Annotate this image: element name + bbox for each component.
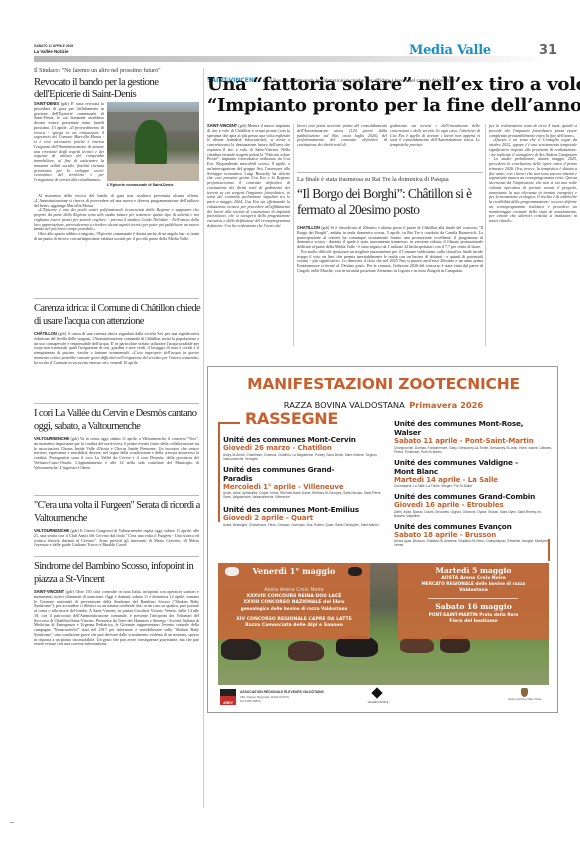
- event-evancon: Unité des communes Evançon Sabato 18 apr…: [394, 522, 552, 548]
- banner-right: Martedì 5 maggio AOSTA Arena Croix Noire…: [398, 563, 549, 639]
- masthead-date: SABATO 11 APRILE 2026: [34, 44, 73, 48]
- photo-caption: L'Epicerie communale di Saint-Denis: [107, 183, 174, 187]
- event-communes: Antey-St-André, Chambave, Chamois, Châti…: [223, 453, 388, 461]
- event-date: Giovedì 16 aprile - Etroubles: [394, 501, 552, 510]
- event-date: Sabato 18 aprile - Brusson: [394, 531, 552, 540]
- body-text: Oltre 150 città coinvolte in tutta Itali…: [34, 589, 199, 646]
- headline-sindrome: Sindrome del Bambino Scosso, infopoint i…: [34, 560, 202, 586]
- divider: [34, 403, 199, 404]
- column-divider: [485, 124, 486, 346]
- headline-carenza: Carenza idrica: il Comune di Châtillon c…: [34, 302, 202, 328]
- cow-shape: [400, 637, 434, 653]
- event-communes: Allein, Avise, Bionaz, Doues, Etroubles,…: [394, 510, 552, 518]
- event-communes: Champorcher, Donnas, Fontainemore, Gaby,…: [394, 446, 552, 454]
- event-communes: Arvier, Avise, Aymavilles, Cogne, Introd…: [223, 491, 388, 499]
- banner-sabato-date: Sabato 16 maggio: [398, 602, 549, 611]
- event-mont-emilius: Unité des communes Mont-Emilius Giovedì …: [223, 505, 388, 527]
- event-mont-cervin: Unité des communes Mont-Cervin Giovedì 2…: [223, 435, 388, 461]
- quote-text: «Il provvedimento di revoca - spiega in …: [34, 125, 104, 182]
- body-text: Mentre il nuovo impianto di tiro a volo …: [207, 124, 290, 180]
- event-date: Martedì 14 aprile - La Salle: [394, 476, 552, 485]
- banner-martedi-date: Martedì 5 maggio: [398, 566, 549, 575]
- banner-venerdi-place: Aosta Arena Croix Noire: [218, 587, 370, 593]
- cow-shape: [288, 641, 324, 661]
- body-furgeen: VALTOURNENCHE (gdr) Il Centro Congressi …: [34, 529, 199, 548]
- banner-venerdi-date: Venerdì 1° maggio: [218, 566, 370, 576]
- quote-text: per la realizzazione sono di circa 4 mes…: [489, 124, 577, 138]
- borgo-kicker: La finale è stata trasmessa su Rai Tre l…: [297, 176, 483, 183]
- event-grand-combin: Unité des communes Grand-Combin Giovedì …: [394, 492, 552, 518]
- org-name: ASSOCIATION RÉGIONALE ÉLEVEURS VALDÔTAIN…: [240, 690, 324, 694]
- right-bracket: [548, 539, 550, 561]
- banner-martedi-line2: Valdostana: [398, 588, 549, 594]
- masthead-paper: La Vallée Notizie: [34, 49, 68, 54]
- column-divider: [293, 124, 294, 346]
- page-number: 31: [539, 43, 557, 58]
- headline-cori: I cori La Vallée du Cervin e Desmòs cant…: [34, 407, 202, 433]
- main-headline-1: Una “fattoria solare” nell’ex tiro a vol…: [207, 75, 580, 95]
- rassegne-label: RASSEGNE: [245, 409, 338, 428]
- event-date: Sabato 11 aprile - Pont-Saint-Martin: [394, 437, 552, 446]
- section-title: Media Valle: [409, 43, 491, 58]
- ad-title: MANIFESTAZIONI ZOOTECNICHE: [208, 375, 559, 393]
- borgo-headline: “Il Borgo dei Borghi”: Châtillon si è fe…: [297, 186, 487, 218]
- epicerie-photo: [107, 102, 199, 181]
- headline-epicerie: Revocato il bando per la gestione dell'E…: [34, 76, 199, 100]
- event-mont-rose: Unité des communes Mont-Rose, Walser Sab…: [394, 419, 552, 454]
- org-phone: Tel 0165.34815: [240, 699, 261, 703]
- body-text: Al momento della revoca del bando di gar…: [34, 194, 199, 208]
- body-epicerie-lead: SAINT-DENIS (gdr) E' stata revocata la p…: [34, 102, 104, 183]
- vda-logo-icon: [371, 687, 382, 698]
- page-mark: [10, 822, 14, 823]
- arev-logo: AREV: [220, 689, 236, 705]
- region-crest-icon: [521, 688, 528, 697]
- advert-manifestazioni: MANIFESTAZIONI ZOOTECNICHE RAZZA BOVINA …: [207, 366, 558, 713]
- event-unite: Unité des communes Grand-Combin: [394, 492, 552, 501]
- body-epicerie-cont: Al momento della revoca del bando di gar…: [34, 194, 199, 242]
- event-communes: Arnad, Ayas, Brusson, Challand-St-Anselm…: [394, 539, 552, 547]
- body-text: «L'Epicerie è uno dei pochi centri polif…: [34, 208, 199, 232]
- banner-venerdi-line5: Razza Camosciata delle Alpi e Saanen: [218, 623, 370, 629]
- overline-epicerie: Il Sindaco: "Ne faremo un altro nel pros…: [34, 68, 204, 74]
- body-sindrome: SAINT-VINCENT (gdr) Oltre 150 città coin…: [34, 590, 199, 647]
- event-date: Giovedì 2 aprile - Quart: [223, 514, 388, 523]
- vda-logo-text: VALLÉE D'AOSTE: [358, 701, 398, 704]
- borgo-body: CHÂTILLON (gdr) Si è classificato al 20e…: [297, 226, 483, 346]
- body-text: Era molto difficile ipotizzare un miglio…: [297, 250, 483, 274]
- masthead: SABATO 11 APRILE 2026 La Vallée Notizie …: [34, 40, 580, 65]
- main-headline-2: “Impianto pronto per la fine dell’anno”: [207, 96, 580, 116]
- divider: [34, 556, 199, 557]
- event-grand-paradis: Unité des communes Grand-Paradis Mercole…: [223, 465, 388, 500]
- body-text: Oltre allo spazio adibito a negozio, l'E…: [34, 232, 199, 242]
- divider: [297, 172, 483, 173]
- divider: [34, 298, 199, 299]
- event-date: Mercoledì 1° aprile - Villeneuve: [223, 483, 388, 492]
- body-text: Si è classificato al 20esimo e ultimo po…: [297, 226, 483, 249]
- column-divider: [203, 68, 204, 808]
- event-unite: Unité des communes Mont-Cervin: [223, 435, 388, 444]
- headline-furgeen: "C'era una volta il Furgeen" Serata di r…: [34, 499, 202, 525]
- cow-shape: [221, 638, 261, 660]
- quote-text: «Questo è un tema che il Consiglio segue…: [489, 137, 577, 223]
- region-logo-text: Région Autonome Vallée d'Aoste: [508, 699, 542, 702]
- event-date: Giovedì 26 marzo - Chatillon: [223, 444, 388, 453]
- main-col-3: godimento sui terreni e dell'ottenimento…: [390, 124, 480, 168]
- main-col-4: per la realizzazione sono di circa 4 mes…: [489, 124, 577, 346]
- banner-sabato-line1: Fiera del bestiame: [398, 619, 549, 625]
- event-unite: Unité des communes Grand-Paradis: [223, 465, 343, 483]
- event-unite: Unité des communes Mont-Rose, Walser: [394, 419, 534, 437]
- main-col-1: SAINT-VINCENT (gdr) Mentre il nuovo impi…: [207, 124, 290, 346]
- quote-text: «nei prossimi giorni Cva Eos e la Region…: [207, 175, 290, 228]
- photo-ground: [107, 164, 199, 181]
- photo-tree: [135, 120, 167, 170]
- event-unite: Unité des communes Valdigne - Mont Blanc: [394, 458, 534, 476]
- quote-text: «Questo è un tema che il Consiglio segue…: [489, 138, 577, 224]
- quote-text: godimento sui terreni e dell'ottenimento…: [390, 124, 480, 147]
- event-unite: Unité des communes Evançon: [394, 522, 552, 531]
- event-communes: Courmayeur, La Salle, La Thuile, Morgex,…: [394, 484, 552, 488]
- banner-venerdi-line3: genealogico delle bovine di razza Valdos…: [218, 606, 370, 612]
- event-unite: Unité des communes Mont-Emilius: [223, 505, 388, 514]
- body-text: ha scritto il Comune in un avviso emesso…: [34, 360, 139, 365]
- ad-subtitle-season: Primavera 2026: [409, 400, 483, 410]
- left-events: Unité des communes Mont-Cervin Giovedì 2…: [223, 435, 388, 527]
- right-events: Unité des communes Mont-Rose, Walser Sab…: [394, 419, 552, 547]
- divider: [34, 495, 199, 496]
- event-valdigne: Unité des communes Valdigne - Mont Blanc…: [394, 458, 552, 489]
- body-text: Va in scena oggi, sabato 11 aprile, a Va…: [34, 436, 199, 470]
- arev-logo-text: AREV: [220, 701, 236, 705]
- main-article: SAINT-VINCENT Cva Eos sta effettuando le…: [207, 66, 580, 346]
- quote-text: lavori non potrà avvenire prima del cons…: [297, 124, 387, 147]
- ad-footer: AREV ASSOCIATION RÉGIONALE ÉLEVEURS VALD…: [218, 687, 549, 711]
- banner-divider: [428, 598, 518, 599]
- left-column: Il Sindaco: "Ne faremo un altro nel pros…: [34, 66, 199, 806]
- banner-venerdi: Venerdì 1° maggio Aosta Arena Croix Noir…: [218, 563, 370, 639]
- body-cori: VALTOURNENCHE (gdr) Va in scena oggi, sa…: [34, 437, 199, 470]
- event-communes: Aosta, Brissogne, Charvensod, Fénis, Gre…: [223, 523, 388, 527]
- main-col-2: lavori non potrà avvenire prima del cons…: [297, 124, 387, 168]
- body-carenza: CHÂTILLON (gdr) A causa di una carenza i…: [34, 332, 199, 365]
